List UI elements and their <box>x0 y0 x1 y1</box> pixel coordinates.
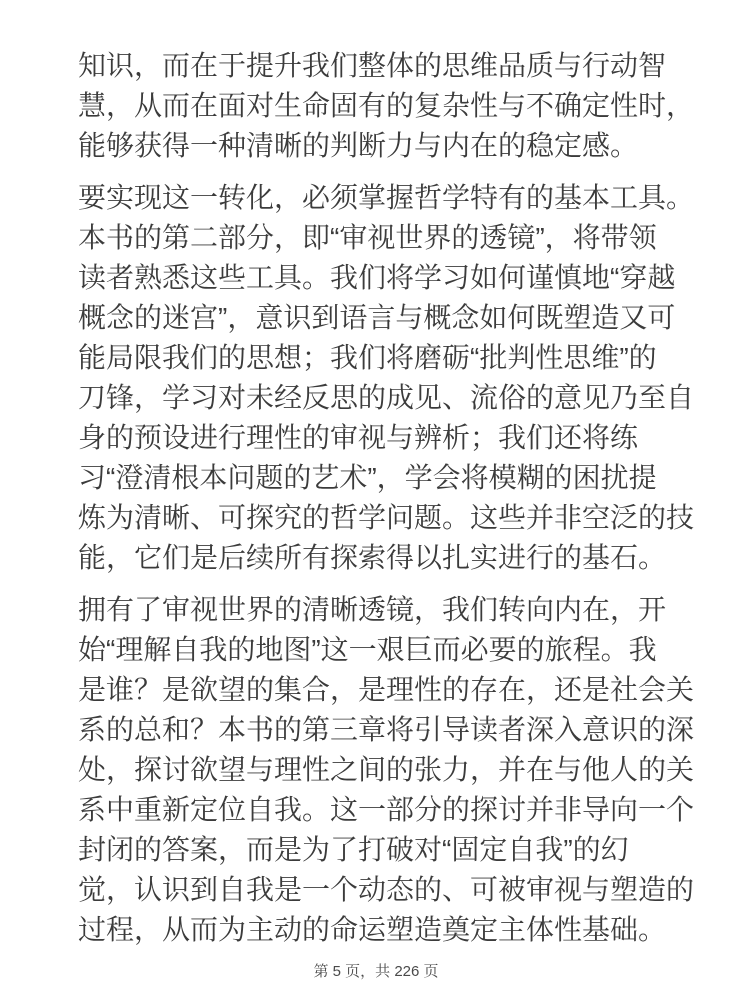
text-line: 始“理解自我的地图”这一艰巨而必要的旅程。我 <box>78 630 674 670</box>
text-line: 炼为清晰、可探究的哲学问题。这些并非空泛的技 <box>78 498 674 538</box>
document-page: 知识，而在于提升我们整体的思维品质与行动智慧，从而在面对生命固有的复杂性与不确定… <box>0 0 750 1000</box>
text-line: 系中重新定位自我。这一部分的探讨并非导向一个 <box>78 790 674 830</box>
text-line: 封闭的答案，而是为了打破对“固定自我”的幻 <box>78 830 674 870</box>
text-line: 本书的第二部分，即“审视世界的透镜”，将带领 <box>78 218 674 258</box>
text-line: 慧，从而在面对生命固有的复杂性与不确定性时， <box>78 86 674 126</box>
text-line: 要实现这一转化，必须掌握哲学特有的基本工具。 <box>78 178 674 218</box>
page-number-footer: 第 5 页，共 226 页 <box>78 962 674 982</box>
text-line: 概念的迷宫”，意识到语言与概念如何既塑造又可 <box>78 298 674 338</box>
text-line: 能，它们是后续所有探索得以扎实进行的基石。 <box>78 538 674 578</box>
text-line: 系的总和？本书的第三章将引导读者深入意识的深 <box>78 710 674 750</box>
text-line: 习“澄清根本问题的艺术”，学会将模糊的困扰提 <box>78 458 674 498</box>
text-line: 知识，而在于提升我们整体的思维品质与行动智 <box>78 46 674 86</box>
document-content: 知识，而在于提升我们整体的思维品质与行动智慧，从而在面对生命固有的复杂性与不确定… <box>78 46 674 950</box>
text-line: 处，探讨欲望与理性之间的张力，并在与他人的关 <box>78 750 674 790</box>
text-line: 身的预设进行理性的审视与辨析；我们还将练 <box>78 418 674 458</box>
paragraph: 拥有了审视世界的清晰透镜，我们转向内在，开始“理解自我的地图”这一艰巨而必要的旅… <box>78 590 674 950</box>
text-line: 过程，从而为主动的命运塑造奠定主体性基础。 <box>78 910 674 950</box>
paragraph: 要实现这一转化，必须掌握哲学特有的基本工具。本书的第二部分，即“审视世界的透镜”… <box>78 178 674 578</box>
text-line: 读者熟悉这些工具。我们将学习如何谨慎地“穿越 <box>78 258 674 298</box>
text-line: 觉，认识到自我是一个动态的、可被审视与塑造的 <box>78 870 674 910</box>
text-line: 能够获得一种清晰的判断力与内在的稳定感。 <box>78 126 674 166</box>
text-line: 是谁？是欲望的集合，是理性的存在，还是社会关 <box>78 670 674 710</box>
paragraph: 知识，而在于提升我们整体的思维品质与行动智慧，从而在面对生命固有的复杂性与不确定… <box>78 46 674 166</box>
text-line: 拥有了审视世界的清晰透镜，我们转向内在，开 <box>78 590 674 630</box>
text-line: 刀锋，学习对未经反思的成见、流俗的意见乃至自 <box>78 378 674 418</box>
text-line: 能局限我们的思想；我们将磨砺“批判性思维”的 <box>78 338 674 378</box>
